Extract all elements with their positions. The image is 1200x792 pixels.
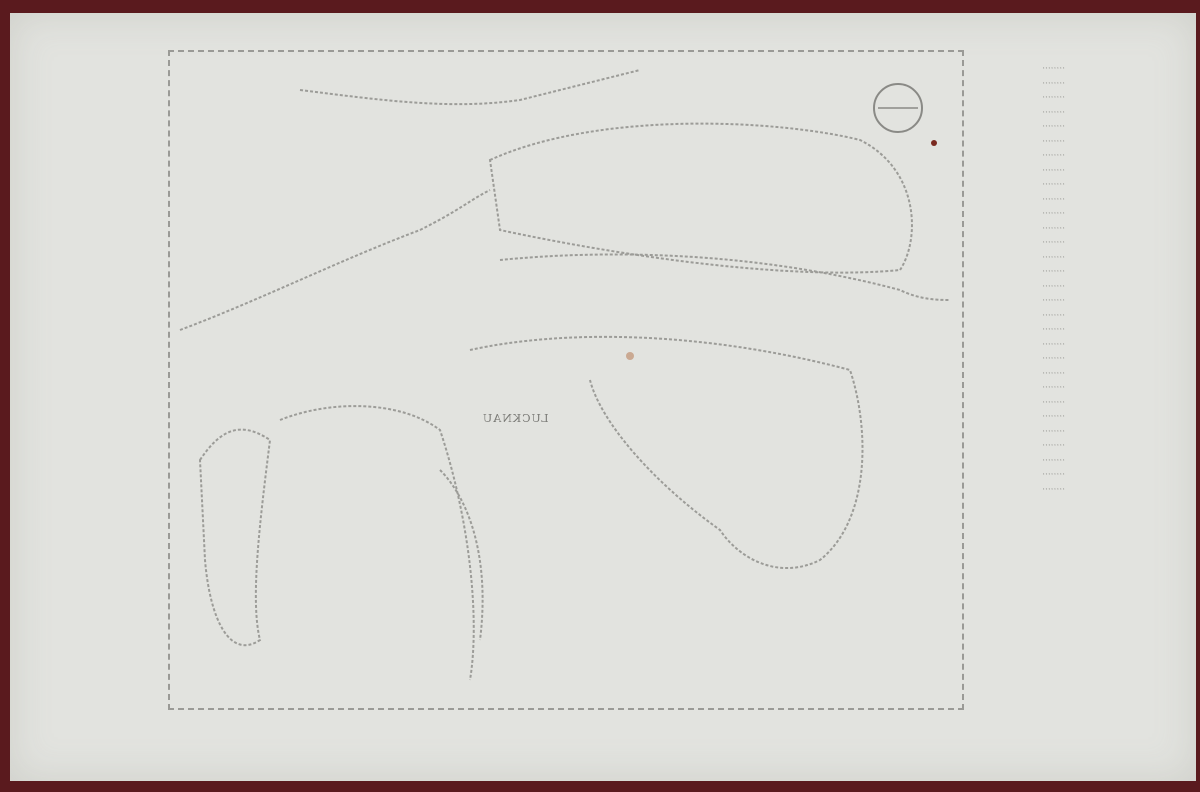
city-label: LUCKNAU	[482, 412, 548, 425]
map-border	[168, 50, 964, 710]
side-text-column: ········································…	[950, 62, 1065, 512]
